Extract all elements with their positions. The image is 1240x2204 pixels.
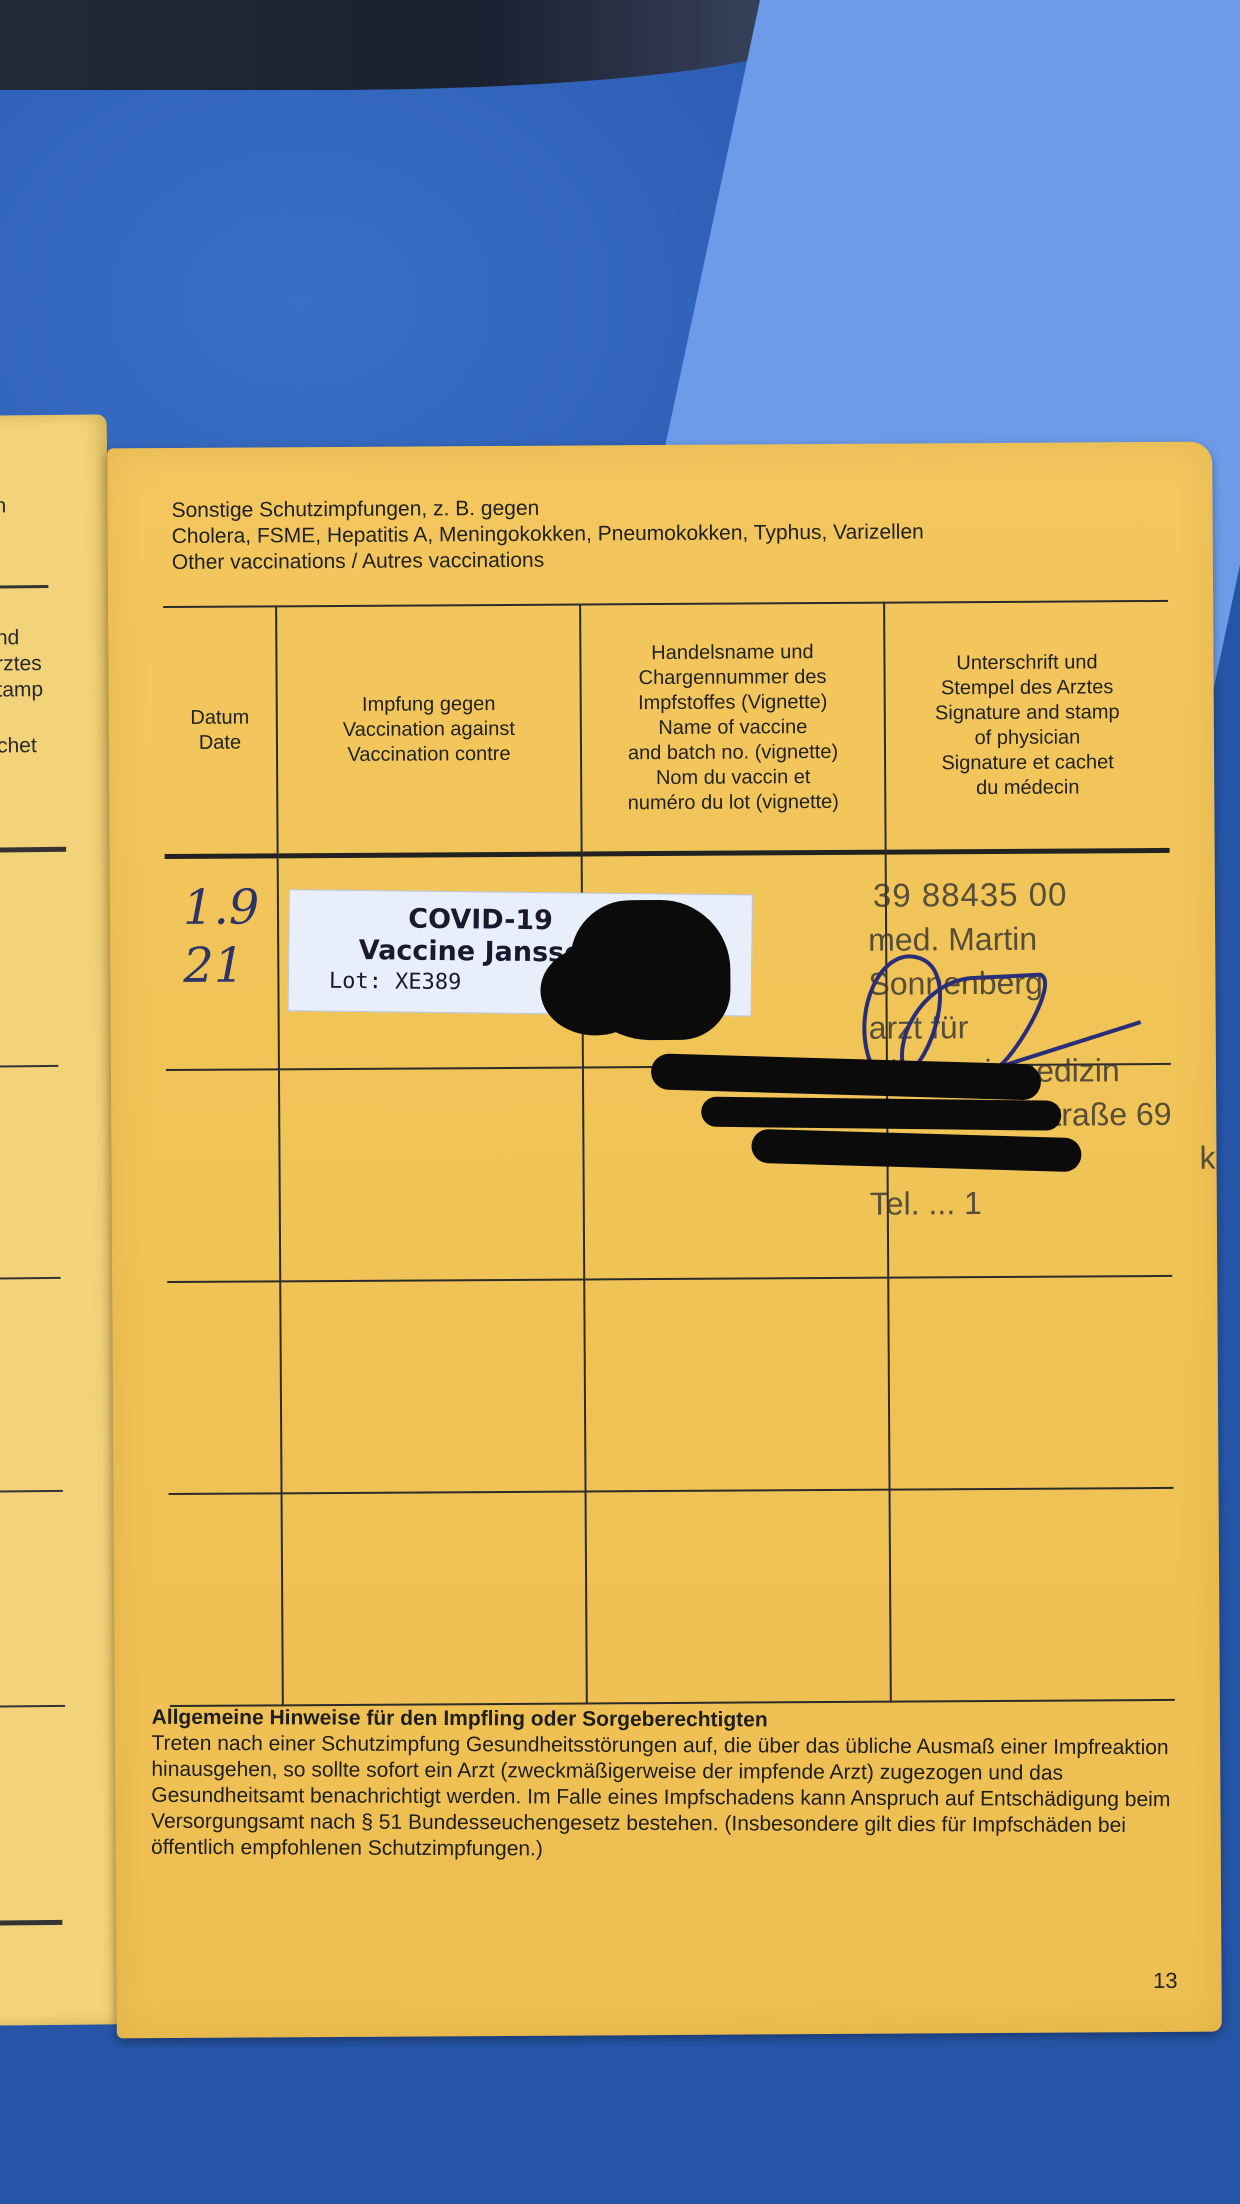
left-page-fragment: tamp [0, 677, 43, 703]
column-header-signature: Unterschrift und Stempel des Arztes Sign… [884, 601, 1170, 852]
table-row [167, 1276, 1173, 1494]
left-page: n nd rztes tamp chet [0, 414, 123, 2025]
column-header-vaccination: Impfung gegen Vaccination against Vaccin… [276, 605, 582, 856]
header-line-3: Other vaccinations / Autres vaccinations [172, 545, 924, 576]
notes-body: Treten nach einer Schutzimpfung Gesundhe… [151, 1731, 1182, 1865]
general-notes: Allgemeine Hinweise für den Impfling ode… [151, 1705, 1182, 1865]
column-header-date: Datum Date [163, 606, 278, 856]
left-page-rule [0, 585, 48, 589]
date-cell: 1.9 21 [165, 856, 279, 1070]
left-page-rule [0, 1920, 62, 1926]
stamp-number: 39 88435 00 [873, 872, 1215, 918]
redaction-mark [540, 945, 651, 1036]
vaccination-record-page: Sonstige Schutzimpfungen, z. B. gegen Ch… [107, 442, 1222, 2039]
left-page-fragment: n [0, 493, 6, 519]
stamp-phone: Tel. ... 1 [870, 1180, 1217, 1226]
redaction-mark [701, 1097, 1061, 1131]
page-number: 13 [1153, 1968, 1178, 1994]
left-page-rule [0, 1490, 63, 1493]
header-line-2: Cholera, FSME, Hepatitis A, Meningokokke… [172, 519, 924, 550]
table-row [169, 1488, 1175, 1706]
left-page-rule [0, 1705, 65, 1708]
left-page-fragment: rztes [0, 651, 42, 677]
left-page-fragment: chet [0, 733, 37, 759]
column-header-vaccine-name: Handelsname und Chargennummer des Impfst… [580, 603, 886, 854]
left-page-rule [0, 1065, 58, 1068]
left-page-rule [0, 1277, 61, 1280]
table-header-row: Datum Date Impfung gegen Vaccination aga… [163, 601, 1170, 857]
page-header: Sonstige Schutzimpfungen, z. B. gegen Ch… [171, 493, 924, 576]
left-page-rule [0, 847, 66, 853]
left-page-fragment: nd [0, 625, 19, 651]
stamp-city: k [1199, 1136, 1216, 1180]
handwritten-date: 1.9 21 [183, 878, 260, 994]
